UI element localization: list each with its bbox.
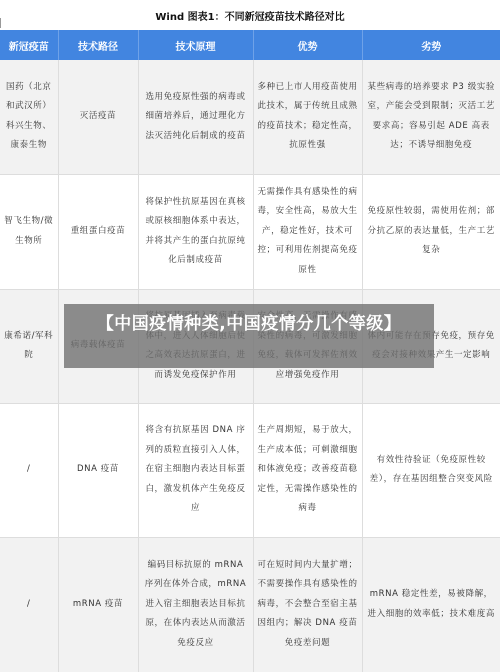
- cell-principle: 编码目标抗原的 mRNA 序列在体外合成，mRNA 进入宿主细胞表达目标抗原，在…: [138, 537, 253, 672]
- cell-disadvantage: 有效性待验证（免疫原性较差），存在基因组整合突变风险: [362, 403, 500, 537]
- cell-advantage: 无需操作具有感染性的病毒，安全性高，易放大生产，稳定性好，技术可控；可利用佐剂提…: [253, 174, 362, 289]
- cell-company: /: [0, 537, 58, 672]
- cell-principle: 选用免疫原性强的病毒或细菌培养后，通过理化方法灭活纯化后制成的疫苗: [138, 60, 253, 174]
- header-disadvantage: 劣势: [362, 30, 500, 60]
- cell-company: 智飞生物/微生物所: [0, 174, 58, 289]
- table-header-row: 新冠疫苗 技术路径 技术原理 优势 劣势: [0, 30, 500, 60]
- cell-principle: 将保护性抗原基因在真核或原核细胞体系中表达，并将其产生的蛋白抗原纯化后制成疫苗: [138, 174, 253, 289]
- cell-route: mRNA 疫苗: [58, 537, 138, 672]
- margin-mark: [0, 18, 1, 28]
- cell-route: DNA 疫苗: [58, 403, 138, 537]
- overlay-title-banner: 【中国疫情种类,中国疫情分几个等级】: [64, 304, 434, 368]
- cell-advantage: 可在短时间内大量扩增；不需要操作具有感染性的病毒，不会整合至宿主基因组内；解决 …: [253, 537, 362, 672]
- cell-route: 灭活疫苗: [58, 60, 138, 174]
- cell-company: 国药（北京和武汉所）科兴生物、康泰生物: [0, 60, 58, 174]
- cell-disadvantage: 免疫原性较弱，需使用佐剂；部分抗乙原的表达量低，生产工艺复杂: [362, 174, 500, 289]
- cell-company: 康希诺/军科院: [0, 289, 58, 403]
- header-vaccine: 新冠疫苗: [0, 30, 58, 60]
- cell-company: /: [0, 403, 58, 537]
- figure-title: Wind 图表1：不同新冠疫苗技术路径对比: [0, 0, 500, 30]
- table-row: 国药（北京和武汉所）科兴生物、康泰生物 灭活疫苗 选用免疫原性强的病毒或细菌培养…: [0, 60, 500, 174]
- table-row: / DNA 疫苗 将含有抗原基因 DNA 序列的质粒直接引入人体，在宿主细胞内表…: [0, 403, 500, 537]
- header-principle: 技术原理: [138, 30, 253, 60]
- cell-principle: 将含有抗原基因 DNA 序列的质粒直接引入人体，在宿主细胞内表达目标蛋白，激发机…: [138, 403, 253, 537]
- header-route: 技术路径: [58, 30, 138, 60]
- cell-advantage: 生产周期短，易于放大，生产成本低；可刺激细胞和体液免疫；改善疫苗稳定性，无需操作…: [253, 403, 362, 537]
- cell-route: 重组蛋白疫苗: [58, 174, 138, 289]
- table-row: / mRNA 疫苗 编码目标抗原的 mRNA 序列在体外合成，mRNA 进入宿主…: [0, 537, 500, 672]
- table-row: 智飞生物/微生物所 重组蛋白疫苗 将保护性抗原基因在真核或原核细胞体系中表达，并…: [0, 174, 500, 289]
- cell-disadvantage: 某些病毒的培养要求 P3 级实验室，产能会受到限制；灭活工艺要求高；容易引起 A…: [362, 60, 500, 174]
- cell-advantage: 多种已上市人用疫苗使用此技术，属于传统且成熟的疫苗技术；稳定性高，抗原性强: [253, 60, 362, 174]
- cell-disadvantage: mRNA 稳定性差，易被降解，进入细胞的效率低；技术难度高: [362, 537, 500, 672]
- header-advantage: 优势: [253, 30, 362, 60]
